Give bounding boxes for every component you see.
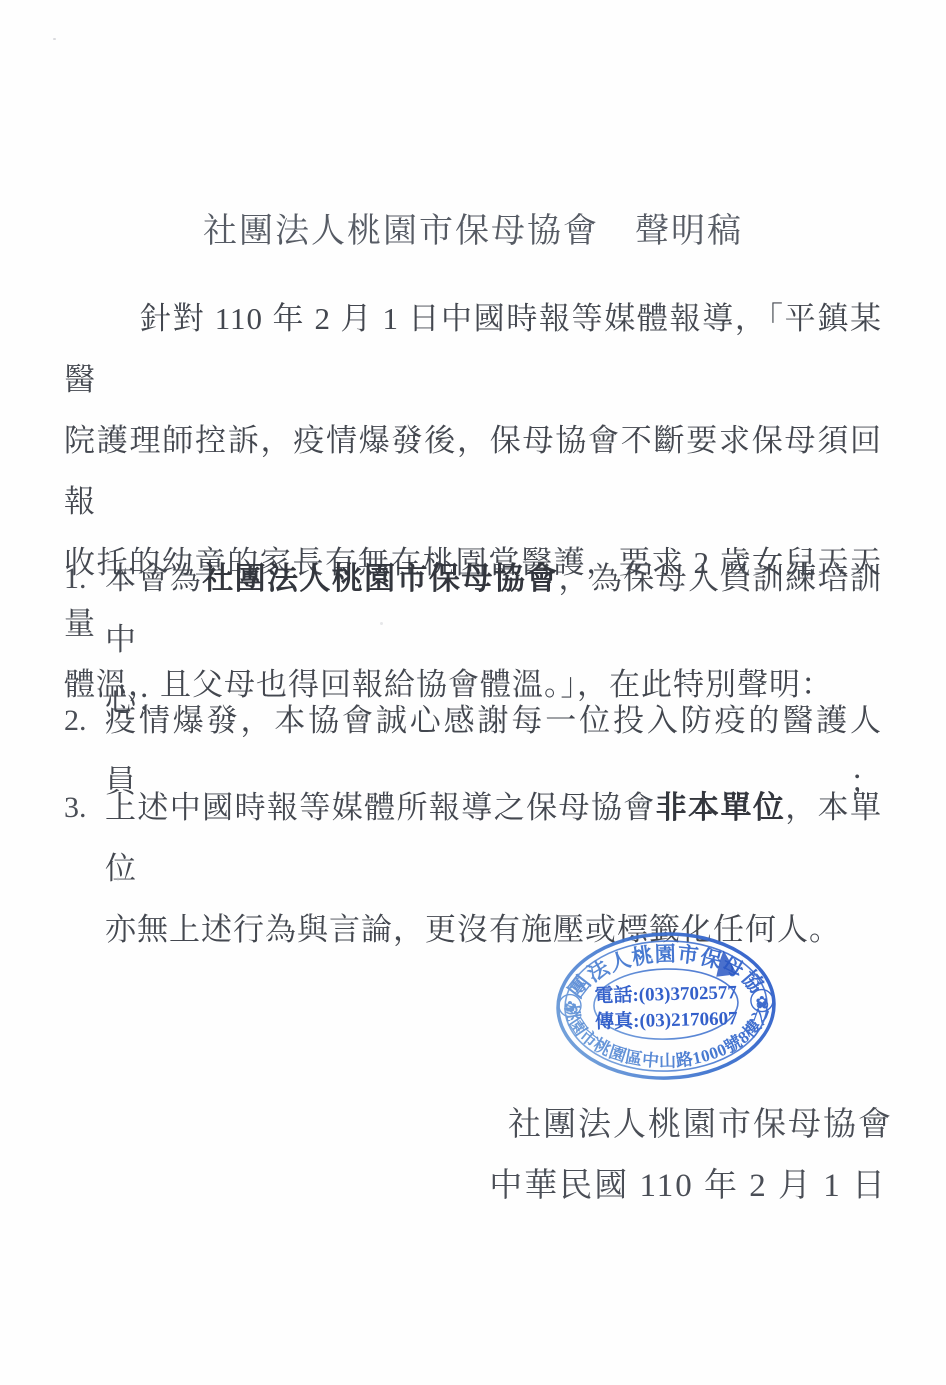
item-3-line-1-pre: 上述中國時報等媒體所報導之保母協會 <box>105 790 656 825</box>
svg-text:✿: ✿ <box>564 999 577 1015</box>
scan-speck <box>53 38 56 40</box>
item-3-line-1: 上述中國時報等媒體所報導之保母協會非本單位，本單位 <box>105 777 882 899</box>
item-1-line-1-bold: 社團法人桃園市保母協會 <box>202 561 558 596</box>
association-stamp-seal: 社團法人桃園市保母協會 電話:(03)3702577 傳真:(03)217060… <box>547 923 791 1089</box>
scan-speck <box>380 622 383 625</box>
item-3-line-1-bold: 非本單位 <box>656 790 786 825</box>
item-3-number: 3. <box>64 777 105 960</box>
svg-text:✿: ✿ <box>755 994 768 1010</box>
signature-date: 中華民國 110 年 2 月 1 日 <box>489 1159 887 1206</box>
stamp-phone-line: 電話:(03)3702577 <box>594 980 738 1007</box>
document-title: 社團法人桃園市保母協會 聲明稿 <box>0 203 946 252</box>
paragraph-line-1: 針對 110 年 2 月 1 日中國時報等媒體報導，「平鎮某醫 <box>64 288 882 410</box>
item-1-line-1: 本會為社團法人桃園市保母協會，為保母人員訓練培訓中 <box>105 548 882 670</box>
scan-speck <box>117 877 119 881</box>
stamp-fax-line: 傳真:(03)2170607 <box>595 1006 739 1033</box>
signature-organization: 社團法人桃園市保母協會 <box>508 1098 893 1145</box>
paragraph-line-2: 院護理師控訴，疫情爆發後，保母協會不斷要求保母須回報 <box>64 410 882 532</box>
item-1-line-1-pre: 本會為 <box>105 561 202 596</box>
scanned-statement-document: 社團法人桃園市保母協會 聲明稿 針對 110 年 2 月 1 日中國時報等媒體報… <box>0 0 946 1385</box>
